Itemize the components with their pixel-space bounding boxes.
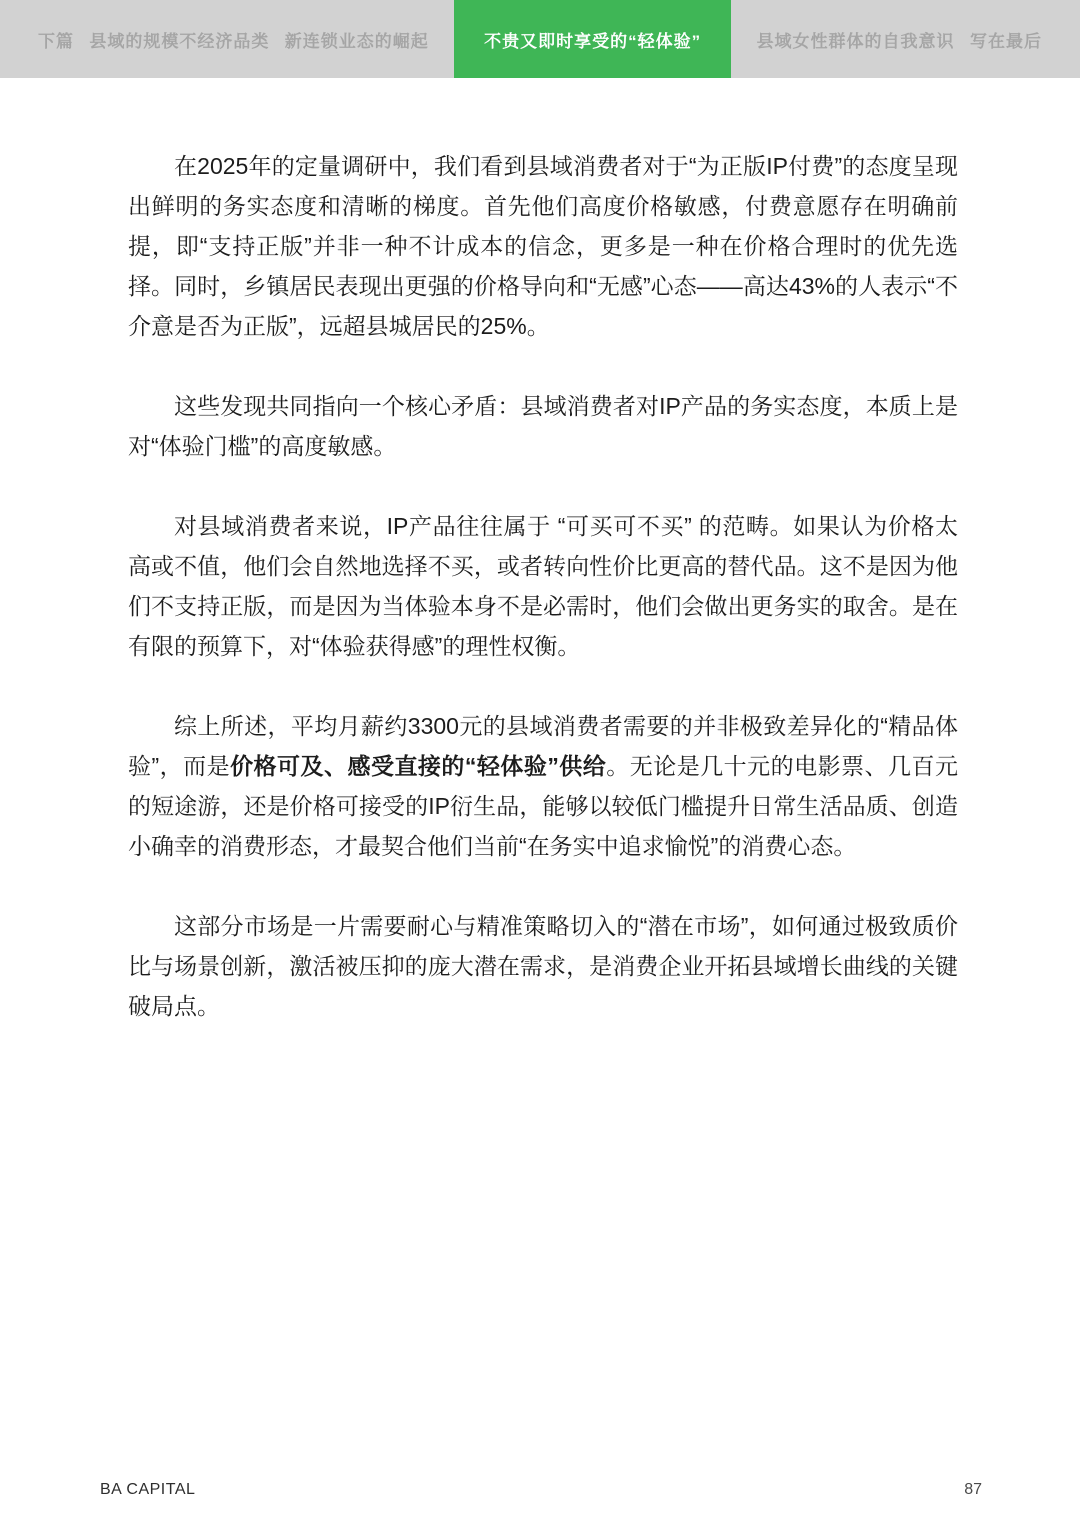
paragraph-2: 这些发现共同指向一个核心矛盾：县域消费者对IP产品的务实态度，本质上是对“体验门… xyxy=(128,386,958,466)
paragraph-4: 综上所述，平均月薪约3300元的县域消费者需要的并非极致差异化的“精品体验”，而… xyxy=(128,706,958,866)
tab-qing-tiyan-active[interactable]: 不贵又即时享受的“轻体验” xyxy=(454,0,731,78)
tab-xia-pian[interactable]: 下篇 xyxy=(38,0,74,78)
paragraph-1: 在2025年的定量调研中，我们看到县域消费者对于“为正版IP付费”的态度呈现出鲜… xyxy=(128,146,958,346)
page-number: 87 xyxy=(964,1481,982,1499)
paragraph-4-bold: 价格可及、感受直接的“轻体验”供给 xyxy=(230,753,606,779)
brand-label: BA CAPITAL xyxy=(100,1481,195,1499)
article-body: 在2025年的定量调研中，我们看到县域消费者对于“为正版IP付费”的态度呈现出鲜… xyxy=(128,146,958,1026)
tab-xin-liansuo-yetai[interactable]: 新连锁业态的崛起 xyxy=(285,0,429,78)
tab-xie-zai-zuihou[interactable]: 写在最后 xyxy=(970,0,1042,78)
paragraph-3: 对县域消费者来说，IP产品往往属于 “可买可不买” 的范畴。如果认为价格太高或不… xyxy=(128,506,958,666)
tab-xianyu-guimo-bujingji[interactable]: 县域的规模不经济品类 xyxy=(89,0,269,78)
page-footer: BA CAPITAL 87 xyxy=(100,1481,982,1499)
document-page: 下篇 县域的规模不经济品类 新连锁业态的崛起 不贵又即时享受的“轻体验” 县域女… xyxy=(0,0,1080,1527)
top-navbar: 下篇 县域的规模不经济品类 新连锁业态的崛起 不贵又即时享受的“轻体验” 县域女… xyxy=(0,0,1080,78)
tab-xianyu-nvxing-qunti[interactable]: 县域女性群体的自我意识 xyxy=(757,0,955,78)
paragraph-5: 这部分市场是一片需要耐心与精准策略切入的“潜在市场”，如何通过极致质价比与场景创… xyxy=(128,906,958,1026)
